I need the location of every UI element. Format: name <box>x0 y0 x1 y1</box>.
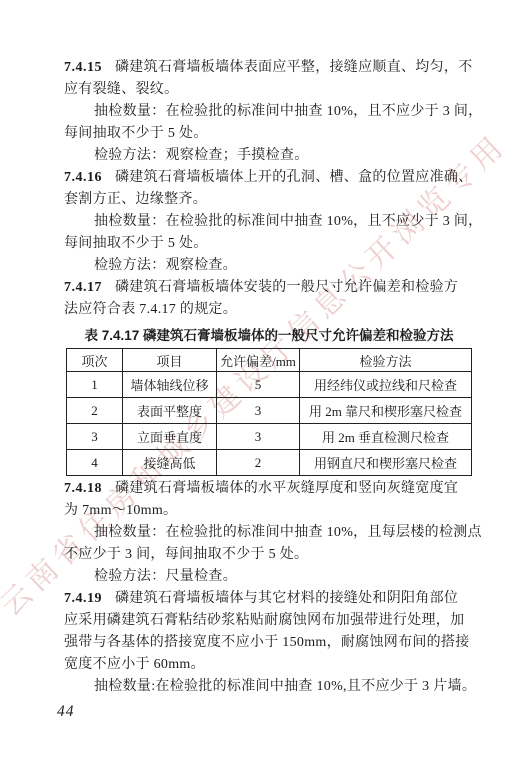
clause-text-line: 为 7mm～10mm。 <box>64 500 474 522</box>
table-header-cell: 允许偏差/mm <box>217 349 300 372</box>
clause-number: 7.4.17 <box>64 280 102 295</box>
sub-paragraph-line: 抽检数量：在检验批的标准间中抽查 10%，且每层楼的检测点 <box>64 522 474 544</box>
sub-paragraph-line: 抽检数量：在检验批的标准间中抽查 10%，且不应少于 3 间， <box>64 211 474 233</box>
page-number: 44 <box>57 703 75 721</box>
clause-text-line: 宽度不应小于 60mm。 <box>64 654 474 676</box>
table-header-cell: 项次 <box>67 349 123 372</box>
clause-text: 磷建筑石膏墙板墙体表面应平整，接缝应顺直、均匀，不 <box>115 60 473 75</box>
table-cell: 用经纬仪或拉线和尺检查 <box>300 372 472 398</box>
sub-paragraph-line: 检验方法：观察检查。 <box>64 255 474 277</box>
table-cell: 5 <box>217 372 300 398</box>
table-row: 4接缝高低2用钢直尺和楔形塞尺检查 <box>67 450 472 476</box>
sub-paragraph-line: 每间抽取不少于 5 处。 <box>64 233 474 255</box>
clause-text-line: 应采用磷建筑石膏粘结砂浆粘贴耐腐蚀网布加强带进行处理，加 <box>64 610 474 632</box>
clause-text: 磷建筑石膏墙板墙体与其它材料的接缝处和阴阳角部位 <box>115 591 458 606</box>
clause-text: 磷建筑石膏墙板墙体安装的一般尺寸允许偏差和检验方 <box>115 280 458 295</box>
clause-first-line: 7.4.17磷建筑石膏墙板墙体安装的一般尺寸允许偏差和检验方 <box>64 277 474 299</box>
clause-first-line: 7.4.19磷建筑石膏墙板墙体与其它材料的接缝处和阴阳角部位 <box>64 588 474 610</box>
table-cell: 2 <box>217 450 300 476</box>
table-header-cell: 项目 <box>123 349 217 372</box>
table-cell: 3 <box>67 424 123 450</box>
sub-paragraph-line: 每间抽取不少于 5 处。 <box>64 123 474 145</box>
sub-paragraph-line: 抽检数量：在检验批的标准间中抽查 10%，且不应少于 3 间， <box>64 101 474 123</box>
clause-number: 7.4.15 <box>64 60 102 75</box>
sub-paragraph-line: 检验方法：尺量检查。 <box>64 566 474 588</box>
clause-text-line: 强带与各基体的搭接宽度不应小于 150mm，耐腐蚀网布间的搭接 <box>64 632 474 654</box>
document-page: 云南省住房和城乡建设厅信息公开浏览专用 7.4.15磷建筑石膏墙板墙体表面应平整… <box>0 0 528 767</box>
clause-text-line: 应有裂缝、裂纹。 <box>64 79 474 101</box>
clause-first-line: 7.4.16磷建筑石膏墙板墙体上开的孔洞、槽、盒的位置应准确、 <box>64 167 474 189</box>
clause-text: 磷建筑石膏墙板墙体上开的孔洞、槽、盒的位置应准确、 <box>115 170 473 185</box>
clause-first-line: 7.4.18磷建筑石膏墙板墙体的水平灰缝厚度和竖向灰缝宽度宜 <box>64 478 474 500</box>
sub-paragraph-line: 不应少于 3 间，每间抽取不少于 5 处。 <box>64 544 474 566</box>
table-cell: 接缝高低 <box>123 450 217 476</box>
table-cell: 用 2m 垂直检测尺检查 <box>300 424 472 450</box>
table-cell: 2 <box>67 398 123 424</box>
deviation-table: 项次项目允许偏差/mm检验方法1墙体轴线位移5用经纬仪或拉线和尺检查2表面平整度… <box>66 348 472 476</box>
clause-number: 7.4.16 <box>64 170 102 185</box>
clause-text-line: 套割方正、边缘整齐。 <box>64 189 474 211</box>
table-cell: 用 2m 靠尺和楔形塞尺检查 <box>300 398 472 424</box>
clause-first-line: 7.4.15磷建筑石膏墙板墙体表面应平整，接缝应顺直、均匀，不 <box>64 57 474 79</box>
sub-paragraph-line: 抽检数量:在检验批的标准间中抽查 10%,且不应少于 3 片墙。 <box>64 676 474 698</box>
table-title: 表 7.4.17 磷建筑石膏墙板墙体的一般尺寸允许偏差和检验方法 <box>64 326 474 346</box>
table-row: 1墙体轴线位移5用经纬仪或拉线和尺检查 <box>67 372 472 398</box>
table-header-row: 项次项目允许偏差/mm检验方法 <box>67 349 472 372</box>
table-row: 3立面垂直度3用 2m 垂直检测尺检查 <box>67 424 472 450</box>
clause-text-line: 法应符合表 7.4.17 的规定。 <box>64 299 474 321</box>
table-cell: 3 <box>217 424 300 450</box>
table-cell: 用钢直尺和楔形塞尺检查 <box>300 450 472 476</box>
clause-text: 磷建筑石膏墙板墙体的水平灰缝厚度和竖向灰缝宽度宜 <box>115 481 458 496</box>
sub-paragraph-line: 检验方法：观察检查；手摸检查。 <box>64 145 474 167</box>
table-cell: 墙体轴线位移 <box>123 372 217 398</box>
table-cell: 表面平整度 <box>123 398 217 424</box>
clause-number: 7.4.18 <box>64 481 102 496</box>
table-cell: 1 <box>67 372 123 398</box>
table-cell: 4 <box>67 450 123 476</box>
table-header-cell: 检验方法 <box>300 349 472 372</box>
table-row: 2表面平整度3用 2m 靠尺和楔形塞尺检查 <box>67 398 472 424</box>
document-content: 7.4.15磷建筑石膏墙板墙体表面应平整，接缝应顺直、均匀，不应有裂缝、裂纹。抽… <box>64 57 474 698</box>
table-cell: 3 <box>217 398 300 424</box>
clause-number: 7.4.19 <box>64 591 102 606</box>
table-cell: 立面垂直度 <box>123 424 217 450</box>
